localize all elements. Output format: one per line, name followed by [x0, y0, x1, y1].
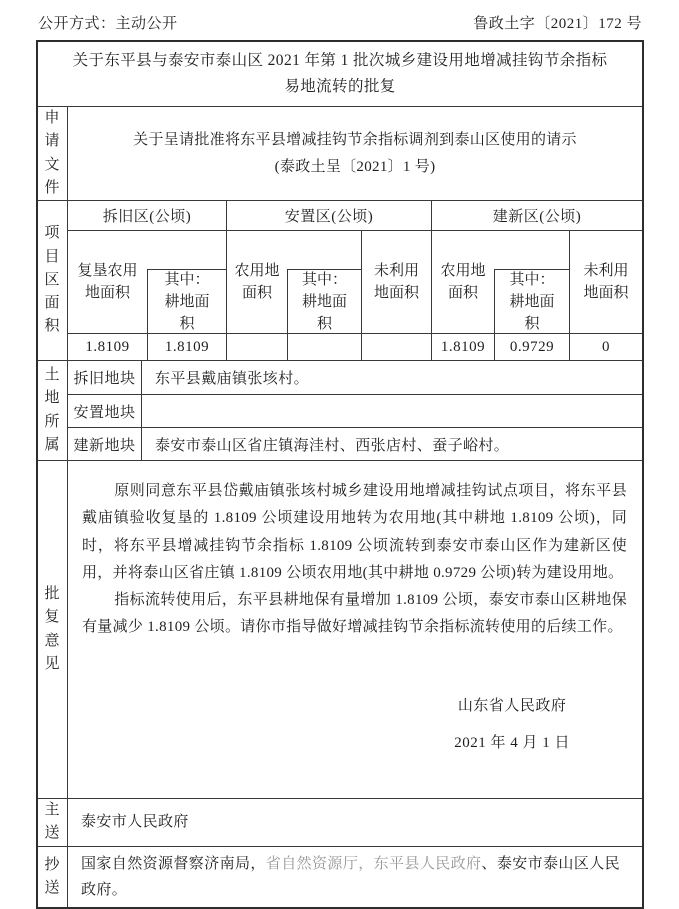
project-area-label: 项 目 区 面 积: [38, 201, 68, 360]
value-resettlement-agri: [226, 333, 287, 360]
value-demolition-cultivated: 1.8109: [147, 333, 226, 360]
cc-recipient-section: 抄 送 国家自然资源督察济南局，省自然资源厅，东平县人民政府、泰安市泰山区人民政…: [38, 846, 642, 908]
land-row-name-newzone: 建新地块: [68, 427, 142, 460]
disclosure-method: 公开方式：主动公开: [38, 12, 178, 33]
signature-block: 山东省人民政府 2021 年 4 月 1 日: [82, 688, 570, 762]
col-header-resettlement-agri: 农用地 面积: [226, 231, 287, 333]
land-row-value-demolition: 东平县戴庙镇张垓村。: [142, 361, 642, 394]
application-file-label: 申 请 文 件: [38, 107, 68, 200]
main-recipient-content: 泰安市人民政府: [68, 799, 642, 846]
col-header-demolition-cultivated: 其中： 耕地面 积: [147, 231, 226, 333]
value-newzone-agri: 1.8109: [431, 333, 494, 360]
application-file-section: 申 请 文 件 关于呈请批准将东平县增减挂钩节余指标调剂到泰山区使用的请示(泰政…: [38, 106, 642, 200]
value-demolition-reclaimed: 1.8109: [68, 333, 147, 360]
main-recipient-label: 主 送: [38, 799, 68, 846]
group-header-new-construction: 建新区(公顷): [431, 201, 642, 231]
land-row-value-resettlement: [142, 394, 642, 427]
col-header-newzone-unused: 未利用 地面积: [569, 231, 642, 333]
land-row-name-demolition: 拆旧地块: [68, 361, 142, 394]
cc-recipient-content: 国家自然资源督察济南局，省自然资源厅，东平县人民政府、泰安市泰山区人民政府。: [68, 847, 642, 908]
cc-text: 国家自然资源督察济南局，省自然资源厅，东平县人民政府、泰安市泰山区人民政府。: [81, 851, 624, 904]
signature-authority: 山东省人民政府: [454, 688, 570, 725]
cc-text-faded: 省自然资源厅，东平县人民政府: [266, 856, 482, 872]
value-newzone-cultivated: 0.9729: [494, 333, 569, 360]
land-attribution-label: 土 地 所 属: [38, 361, 68, 460]
value-newzone-unused: 0: [569, 333, 642, 360]
application-file-content: 关于呈请批准将东平县增减挂钩节余指标调剂到泰山区使用的请示(泰政土呈〔2021〕…: [68, 107, 642, 200]
value-resettlement-cultivated: [287, 333, 361, 360]
col-header-reclaimed-agri-area: 复垦农用 地面积: [68, 231, 147, 333]
document-title: 关于东平县与泰安市泰山区 2021 年第 1 批次城乡建设用地增减挂钩节余指标易…: [38, 42, 642, 106]
col-header-newzone-agri: 农用地 面积: [431, 231, 494, 333]
main-recipient-section: 主 送 泰安市人民政府: [38, 798, 642, 846]
approval-opinion-section: 批 复 意 见 原则同意东平县岱戴庙镇张垓村城乡建设用地增减挂钩试点项目，将东平…: [38, 460, 642, 798]
document-number: 鲁政土字〔2021〕172 号: [473, 12, 642, 33]
group-header-resettlement: 安置区(公顷): [226, 201, 431, 231]
col-header-resettlement-unused: 未利用 地面积: [361, 231, 431, 333]
approval-document-table: 关于东平县与泰安市泰山区 2021 年第 1 批次城乡建设用地增减挂钩节余指标易…: [36, 40, 644, 909]
land-row-value-newzone: 泰安市泰山区省庄镇海洼村、西张店村、蚕子峪村。: [142, 427, 642, 460]
project-area-section: 项 目 区 面 积 拆旧区(公顷) 安置区(公顷) 建新区(公顷) 复垦农用 地…: [38, 200, 642, 360]
cc-recipient-label: 抄 送: [38, 847, 68, 908]
approval-paragraph-1: 原则同意东平县岱戴庙镇张垓村城乡建设用地增减挂钩试点项目，将东平县戴庙镇验收复垦…: [82, 478, 627, 587]
col-header-newzone-cultivated: 其中： 耕地面 积: [494, 231, 569, 333]
approval-paragraph-2: 指标流转使用后，东平县耕地保有量增加 1.8109 公顷，泰安市泰山区耕地保有量…: [82, 587, 627, 642]
land-row-name-resettlement: 安置地块: [68, 394, 142, 427]
approval-opinion-label: 批 复 意 见: [38, 461, 68, 798]
value-resettlement-unused: [361, 333, 431, 360]
land-attribution-section: 土 地 所 属 拆旧地块 东平县戴庙镇张垓村。 安置地块 建新地块 泰安市泰山区…: [38, 360, 642, 460]
document-page: 公开方式：主动公开 鲁政土字〔2021〕172 号 关于东平县与泰安市泰山区 2…: [0, 0, 679, 876]
document-meta-line: 公开方式：主动公开 鲁政土字〔2021〕172 号: [36, 10, 644, 40]
signature-date: 2021 年 4 月 1 日: [454, 725, 570, 762]
approval-opinion-content: 原则同意东平县岱戴庙镇张垓村城乡建设用地增减挂钩试点项目，将东平县戴庙镇验收复垦…: [68, 461, 642, 798]
group-header-demolition: 拆旧区(公顷): [68, 201, 226, 231]
col-header-resettlement-cultivated: 其中： 耕地面 积: [287, 231, 361, 333]
